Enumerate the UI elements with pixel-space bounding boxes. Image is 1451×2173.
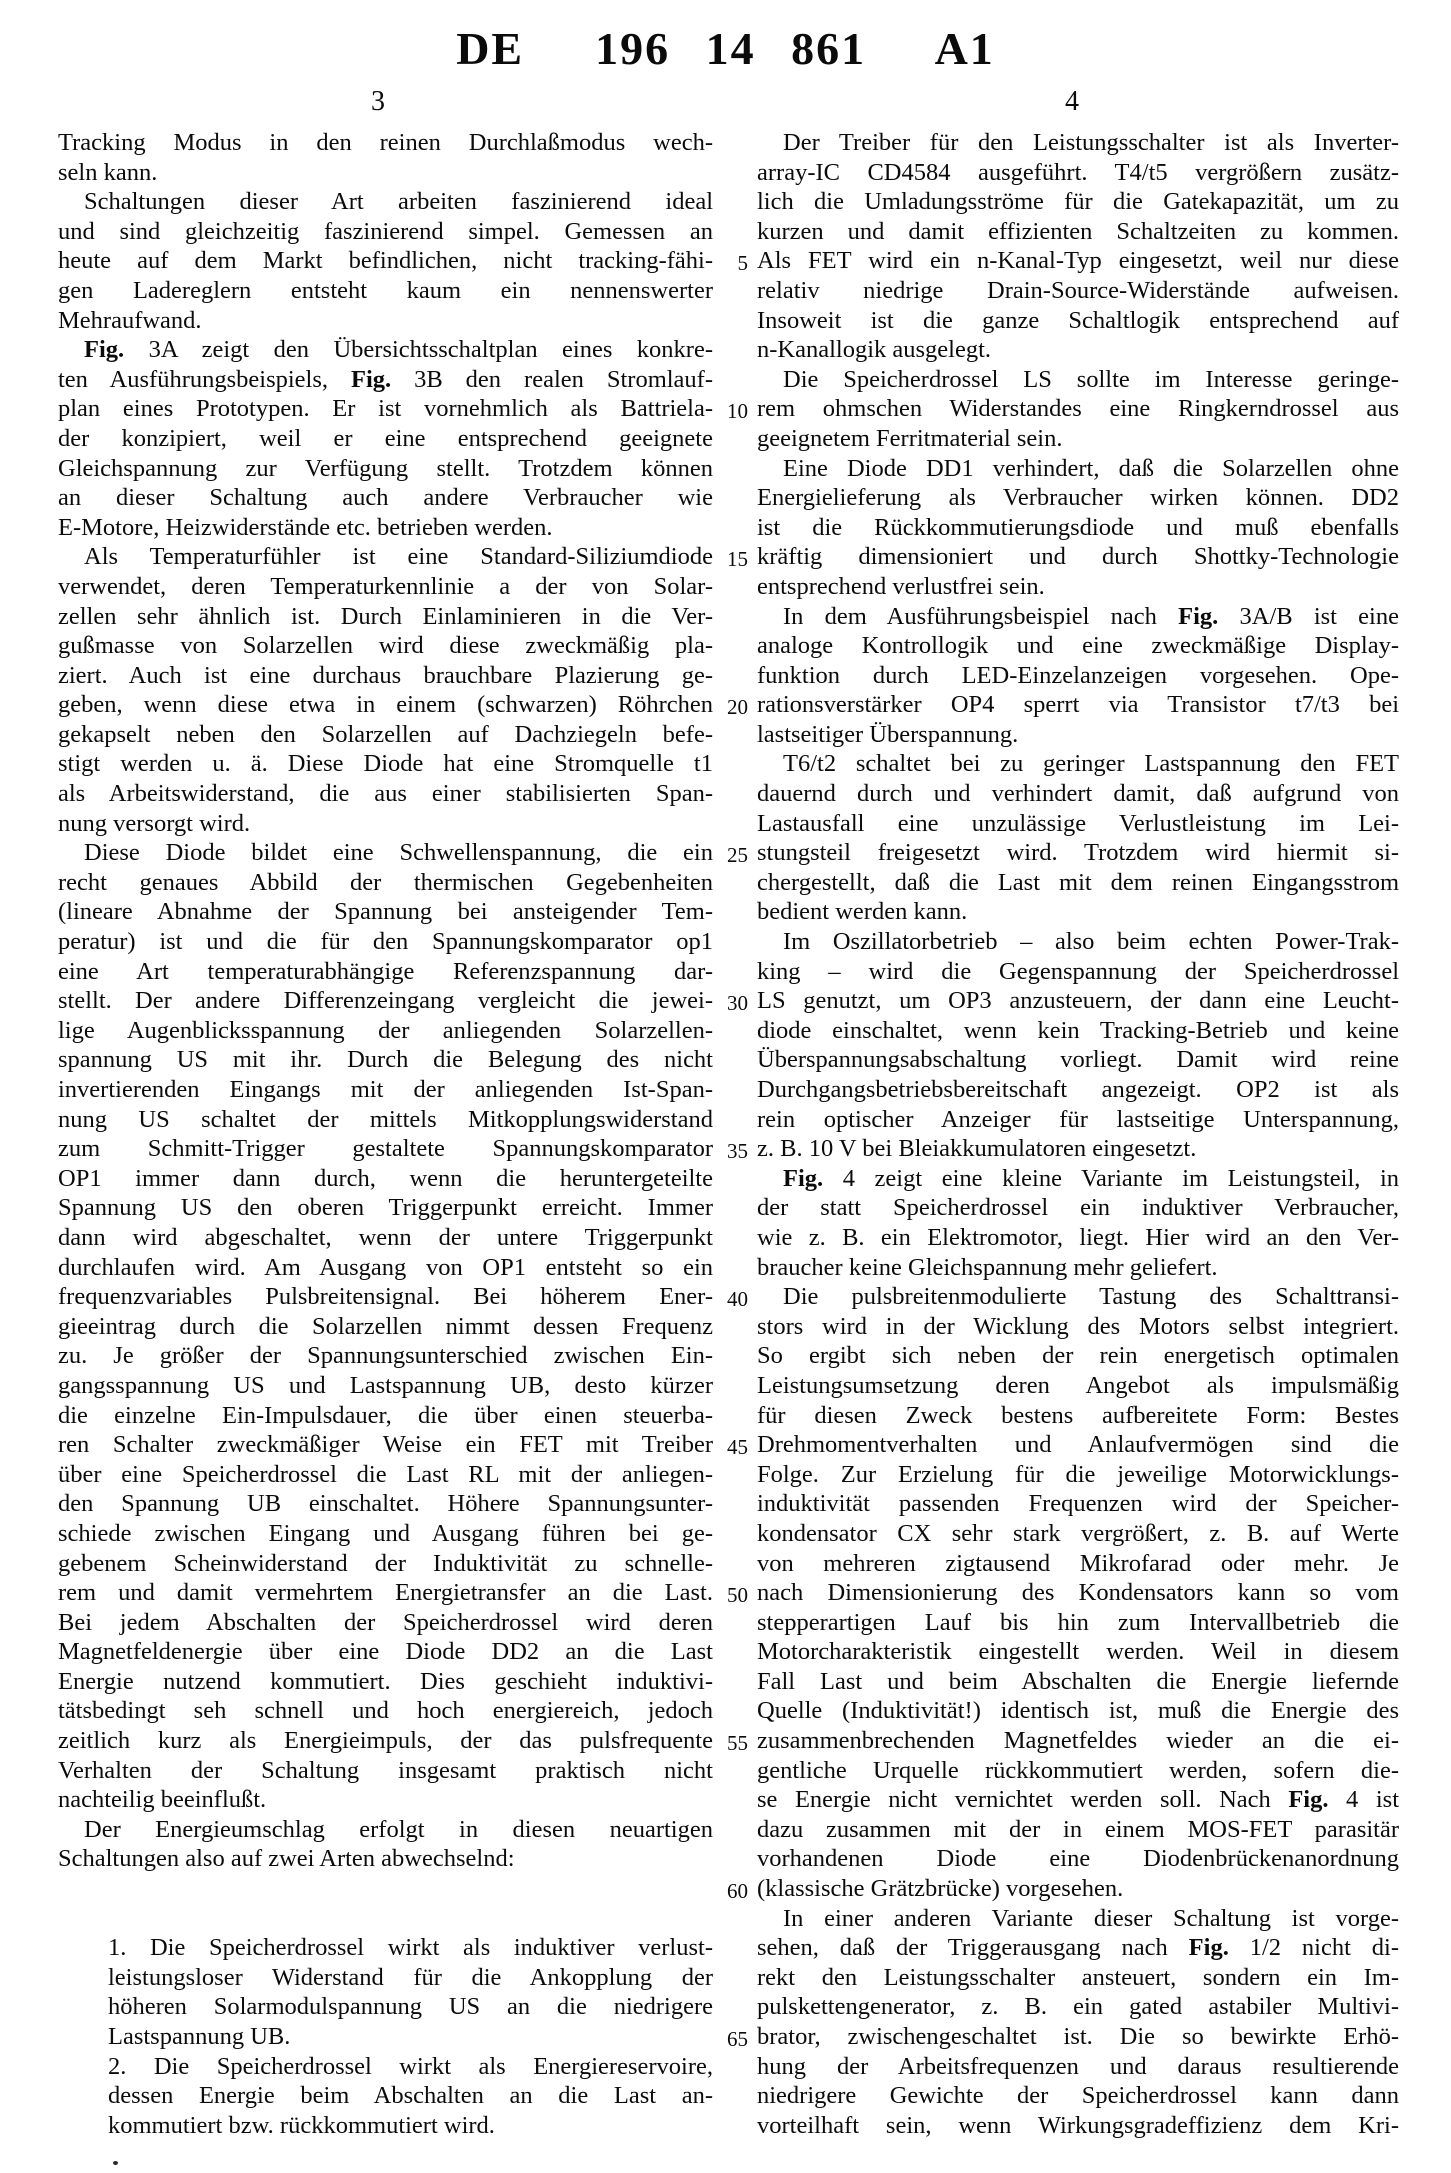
text-line: rekt den Leistungsschalter ansteuert, so… [757, 1963, 1399, 1993]
figure-reference-bold: Fig. [84, 336, 124, 363]
text-line: Insoweit ist die ganze Schaltlogik entsp… [757, 306, 1399, 336]
text-line: geben, wenn diese etwa in einem (schwarz… [58, 690, 713, 720]
text-line: über eine Speicherdrossel die Last RL mi… [58, 1460, 713, 1490]
text-line: hung der Arbeitsfrequenzen und daraus re… [757, 2052, 1399, 2082]
text-line: lastseitiger Überspannung. [757, 720, 1399, 750]
text-line: plan eines Prototypen. Er ist vornehmlic… [58, 394, 713, 424]
text-line: frequenzvariables Pulsbreitensignal. Bei… [58, 1282, 713, 1312]
line-number: 5 [690, 249, 748, 279]
patent-page: DE 196 14 861 A1 3 4 Tracking Modus in d… [0, 0, 1451, 2173]
text-line: nach Dimensionierung des Kondensators ka… [757, 1578, 1399, 1608]
text-line: heute auf dem Markt befindlichen, nicht … [58, 246, 713, 276]
text-line: kommutiert bzw. rückkommutiert wird. [58, 2111, 713, 2141]
text-line: induktivität passenden Frequenzen wird d… [757, 1489, 1399, 1519]
text-line: gangsspannung US und Lastspannung UB, de… [58, 1371, 713, 1401]
text-line: rem und damit vermehrtem Energietransfer… [58, 1578, 713, 1608]
text-line: Fig. 4 zeigt eine kleine Variante im Lei… [757, 1164, 1399, 1194]
left-text-column: Tracking Modus in den reinen Durchlaßmod… [58, 128, 713, 2140]
text-line: invertierenden Eingangs mit der anliegen… [58, 1075, 713, 1105]
text-line: Schaltungen dieser Art arbeiten faszinie… [58, 187, 713, 217]
text-line: Durchgangsbetriebsbereitschaft angezeigt… [757, 1075, 1399, 1105]
text-line: sehen, daß der Triggerausgang nach Fig. … [757, 1933, 1399, 1963]
line-number: 30 [690, 989, 748, 1019]
text-line: Energie nutzend kommutiert. Dies geschie… [58, 1667, 713, 1697]
figure-reference-bold: Fig. [1189, 1934, 1229, 1961]
text-line: gentliche Urquelle rückkommutiert werden… [757, 1756, 1399, 1786]
text-line: ten Ausführungsbeispiels, Fig. 3B den re… [58, 365, 713, 395]
text-line: brator, zwischengeschaltet ist. Die so b… [757, 2022, 1399, 2052]
text-line: diode einschaltet, wenn kein Tracking-Be… [757, 1016, 1399, 1046]
text-line: der statt Speicherdrossel ein induktiver… [757, 1193, 1399, 1223]
figure-reference-bold: Fig. [351, 366, 391, 393]
text-line: rein optischer Anzeiger für lastseitige … [757, 1105, 1399, 1135]
line-number: 25 [690, 841, 748, 871]
figure-reference-bold: Fig. [1288, 1786, 1328, 1813]
line-number: 65 [690, 2025, 748, 2055]
text-line: stepperartigen Lauf bis hin zum Interval… [757, 1608, 1399, 1638]
blank-line [58, 1904, 713, 1934]
line-number: 40 [690, 1285, 748, 1315]
text-line: In einer anderen Variante dieser Schaltu… [757, 1904, 1399, 1934]
text-line: gußmasse von Solarzellen wird diese zwec… [58, 631, 713, 661]
text-line: lich die Umladungsströme für die Gatekap… [757, 187, 1399, 217]
text-line: durchlaufen wird. Am Ausgang von OP1 ent… [58, 1253, 713, 1283]
text-line: funktion durch LED-Einzelanzeigen vorges… [757, 661, 1399, 691]
text-line: höheren Solarmodulspannung US an die nie… [58, 1992, 713, 2022]
text-line: Drehmomentverhalten und Anlaufvermögen s… [757, 1430, 1399, 1460]
text-line: OP1 immer dann durch, wenn die herunterg… [58, 1164, 713, 1194]
text-line: T6/t2 schaltet bei zu geringer Lastspann… [757, 749, 1399, 779]
text-line: zeitlich kurz als Energieimpuls, der das… [58, 1726, 713, 1756]
text-line: und sind gleichzeitig faszinierend simpe… [58, 217, 713, 247]
text-line: Fig. 3A zeigt den Übersichtsschaltplan e… [58, 335, 713, 365]
right-text-column: Der Treiber für den Leistungsschalter is… [757, 128, 1399, 2140]
text-line: niedrigere Gewichte der Speicherdrossel … [757, 2081, 1399, 2111]
text-line: (klassische Grätzbrücke) vorgesehen. [757, 1874, 1399, 1904]
text-line: Eine Diode DD1 verhindert, daß die Solar… [757, 454, 1399, 484]
text-line: array-IC CD4584 ausgeführt. T4/t5 vergrö… [757, 158, 1399, 188]
text-line: king – wird die Gegenspannung der Speich… [757, 957, 1399, 987]
text-line: gen Ladereglern entsteht kaum ein nennen… [58, 276, 713, 306]
text-line: von mehreren zigtausend Mikrofarad oder … [757, 1549, 1399, 1579]
line-number: 35 [690, 1137, 748, 1167]
line-number: 10 [690, 397, 748, 427]
text-line: für diesen Zweck bestens aufbereitete Fo… [757, 1401, 1399, 1431]
figure-reference-bold: Fig. [783, 1165, 823, 1192]
text-line: schiede zwischen Eingang und Ausgang füh… [58, 1519, 713, 1549]
text-line: Im Oszillatorbetrieb – also beim echten … [757, 927, 1399, 957]
text-line: kurzen und damit effizienten Schaltzeite… [757, 217, 1399, 247]
text-line: Folge. Zur Erzielung für die jeweilige M… [757, 1460, 1399, 1490]
text-line: Motorcharakteristik eingestellt werden. … [757, 1637, 1399, 1667]
line-number: 55 [690, 1729, 748, 1759]
line-number: 50 [690, 1581, 748, 1611]
text-line: nachteilig beeinflußt. [58, 1785, 713, 1815]
column-number-left: 3 [371, 86, 385, 118]
scan-artifact-dot [113, 2161, 118, 2165]
text-line: (lineare Abnahme der Spannung bei anstei… [58, 897, 713, 927]
text-line: nung US schaltet der mittels Mitkopplung… [58, 1105, 713, 1135]
text-line: ziert. Auch ist eine durchaus brauchbare… [58, 661, 713, 691]
text-line: So ergibt sich neben der rein energetisc… [757, 1341, 1399, 1371]
text-line: z. B. 10 V bei Bleiakkumulatoren eingese… [757, 1134, 1399, 1164]
text-line: Diese Diode bildet eine Schwellenspannun… [58, 838, 713, 868]
blank-line [58, 1874, 713, 1904]
text-line: an dieser Schaltung auch andere Verbrauc… [58, 483, 713, 513]
text-line: verwendet, deren Temperaturkennlinie a d… [58, 572, 713, 602]
text-line: entsprechend verlustfrei sein. [757, 572, 1399, 602]
text-line: den Spannung UB einschaltet. Höhere Span… [58, 1489, 713, 1519]
text-line: Die pulsbreitenmodulierte Tastung des Sc… [757, 1282, 1399, 1312]
text-line: wie z. B. ein Elektromotor, liegt. Hier … [757, 1223, 1399, 1253]
text-line: zellen sehr ähnlich ist. Durch Einlamini… [58, 602, 713, 632]
text-line: Magnetfeldenergie über eine Diode DD2 an… [58, 1637, 713, 1667]
text-line: bedient werden kann. [757, 897, 1399, 927]
text-line: 1. Die Speicherdrossel wirkt als indukti… [58, 1933, 713, 1963]
text-line: Überspannungsabschaltung vorliegt. Damit… [757, 1045, 1399, 1075]
text-line: Als FET wird ein n-Kanal-Typ eingesetzt,… [757, 246, 1399, 276]
text-line: Gleichspannung zur Verfügung stellt. Tro… [58, 454, 713, 484]
text-line: Der Treiber für den Leistungsschalter is… [757, 128, 1399, 158]
text-line: als Arbeitswiderstand, die aus einer sta… [58, 779, 713, 809]
text-line: die einzelne Ein-Impulsdauer, die über e… [58, 1401, 713, 1431]
text-line: dauernd durch und verhindert damit, daß … [757, 779, 1399, 809]
text-line: peratur) ist und die für den Spannungsko… [58, 927, 713, 957]
text-line: Lastspannung UB. [58, 2022, 713, 2052]
text-line: gebenem Scheinwiderstand der Induktivitä… [58, 1549, 713, 1579]
text-line: Lastausfall eine unzulässige Verlustleis… [757, 809, 1399, 839]
text-line: recht genaues Abbild der thermischen Geg… [58, 868, 713, 898]
text-line: Leistungsumsetzung deren Angebot als imp… [757, 1371, 1399, 1401]
text-line: In dem Ausführungsbeispiel nach Fig. 3A/… [757, 602, 1399, 632]
text-line: nung versorgt wird. [58, 809, 713, 839]
text-line: kräftig dimensioniert und durch Shottky-… [757, 542, 1399, 572]
text-line: chergestellt, daß die Last mit dem reine… [757, 868, 1399, 898]
text-line: vorteilhaft sein, wenn Wirkungsgradeffiz… [757, 2111, 1399, 2141]
text-line: Energielieferung als Verbraucher wirken … [757, 483, 1399, 513]
text-line: dazu zusammen mit der in einem MOS-FET p… [757, 1815, 1399, 1845]
text-line: eine Art temperaturabhängige Referenzspa… [58, 957, 713, 987]
text-line: dann wird abgeschaltet, wenn der untere … [58, 1223, 713, 1253]
figure-reference-bold: Fig. [1178, 603, 1218, 630]
text-line: stigt werden u. ä. Diese Diode hat eine … [58, 749, 713, 779]
text-line: braucher keine Gleichspannung mehr gelie… [757, 1253, 1399, 1283]
text-line: ist die Rückkommutierungsdiode und muß e… [757, 513, 1399, 543]
text-line: zu. Je größer der Spannungsunterschied z… [58, 1341, 713, 1371]
text-line: pulskettengenerator, z. B. ein gated ast… [757, 1992, 1399, 2022]
text-line: Bei jedem Abschalten der Speicherdrossel… [58, 1608, 713, 1638]
text-line: ren Schalter zweckmäßiger Weise ein FET … [58, 1430, 713, 1460]
text-line: Tracking Modus in den reinen Durchlaßmod… [58, 128, 713, 158]
text-line: rem ohmschen Widerstandes eine Ringkernd… [757, 394, 1399, 424]
line-number: 15 [690, 545, 748, 575]
text-line: se Energie nicht vernichtet werden soll.… [757, 1785, 1399, 1815]
text-line: dessen Energie beim Abschalten an die La… [58, 2081, 713, 2111]
text-line: Verhalten der Schaltung insgesamt prakti… [58, 1756, 713, 1786]
text-line: spannung US mit ihr. Durch die Belegung … [58, 1045, 713, 1075]
text-line: leistungsloser Widerstand für die Ankopp… [58, 1963, 713, 1993]
text-line: lige Augenblicksspannung der anliegenden… [58, 1016, 713, 1046]
text-line: kondensator CX sehr stark vergrößert, z.… [757, 1519, 1399, 1549]
text-line: vorhandenen Diode eine Diodenbrückenanor… [757, 1844, 1399, 1874]
text-line: 2. Die Speicherdrossel wirkt als Energie… [58, 2052, 713, 2082]
line-number: 45 [690, 1433, 748, 1463]
text-line: rationsverstärker OP4 sperrt via Transis… [757, 690, 1399, 720]
text-line: Die Speicherdrossel LS sollte im Interes… [757, 365, 1399, 395]
text-line: Mehraufwand. [58, 306, 713, 336]
text-line: zusammenbrechenden Magnetfeldes wieder a… [757, 1726, 1399, 1756]
text-line: gekapselt neben den Solarzellen auf Dach… [58, 720, 713, 750]
column-number-right: 4 [1065, 86, 1079, 118]
text-line: gieeintrag durch die Solarzellen nimmt d… [58, 1312, 713, 1342]
text-line: stors wird in der Wicklung des Motors se… [757, 1312, 1399, 1342]
text-line: stungsteil freigesetzt wird. Trotzdem wi… [757, 838, 1399, 868]
text-line: E-Motore, Heizwiderstände etc. betrieben… [58, 513, 713, 543]
line-number: 20 [690, 693, 748, 723]
text-line: relativ niedrige Drain-Source-Widerständ… [757, 276, 1399, 306]
text-line: Schaltungen also auf zwei Arten abwechse… [58, 1844, 713, 1874]
text-line: Spannung US den oberen Triggerpunkt erre… [58, 1193, 713, 1223]
line-number: 60 [690, 1877, 748, 1907]
text-line: stellt. Der andere Differenzeingang verg… [58, 986, 713, 1016]
text-line: tätsbedingt seh schnell und hoch energie… [58, 1696, 713, 1726]
text-line: Fall Last und beim Abschalten die Energi… [757, 1667, 1399, 1697]
text-line: analoge Kontrollogik und eine zweckmäßig… [757, 631, 1399, 661]
text-line: der konzipiert, weil er eine entsprechen… [58, 424, 713, 454]
text-line: Der Energieumschlag erfolgt in diesen ne… [58, 1815, 713, 1845]
text-line: Als Temperaturfühler ist eine Standard-S… [58, 542, 713, 572]
text-line: Quelle (Induktivität!) identisch ist, mu… [757, 1696, 1399, 1726]
text-line: seln kann. [58, 158, 713, 188]
text-line: LS genutzt, um OP3 anzusteuern, der dann… [757, 986, 1399, 1016]
publication-number: DE 196 14 861 A1 [0, 22, 1451, 75]
text-line: geeignetem Ferritmaterial sein. [757, 424, 1399, 454]
text-line: n-Kanallogik ausgelegt. [757, 335, 1399, 365]
text-line: zum Schmitt-Trigger gestaltete Spannungs… [58, 1134, 713, 1164]
